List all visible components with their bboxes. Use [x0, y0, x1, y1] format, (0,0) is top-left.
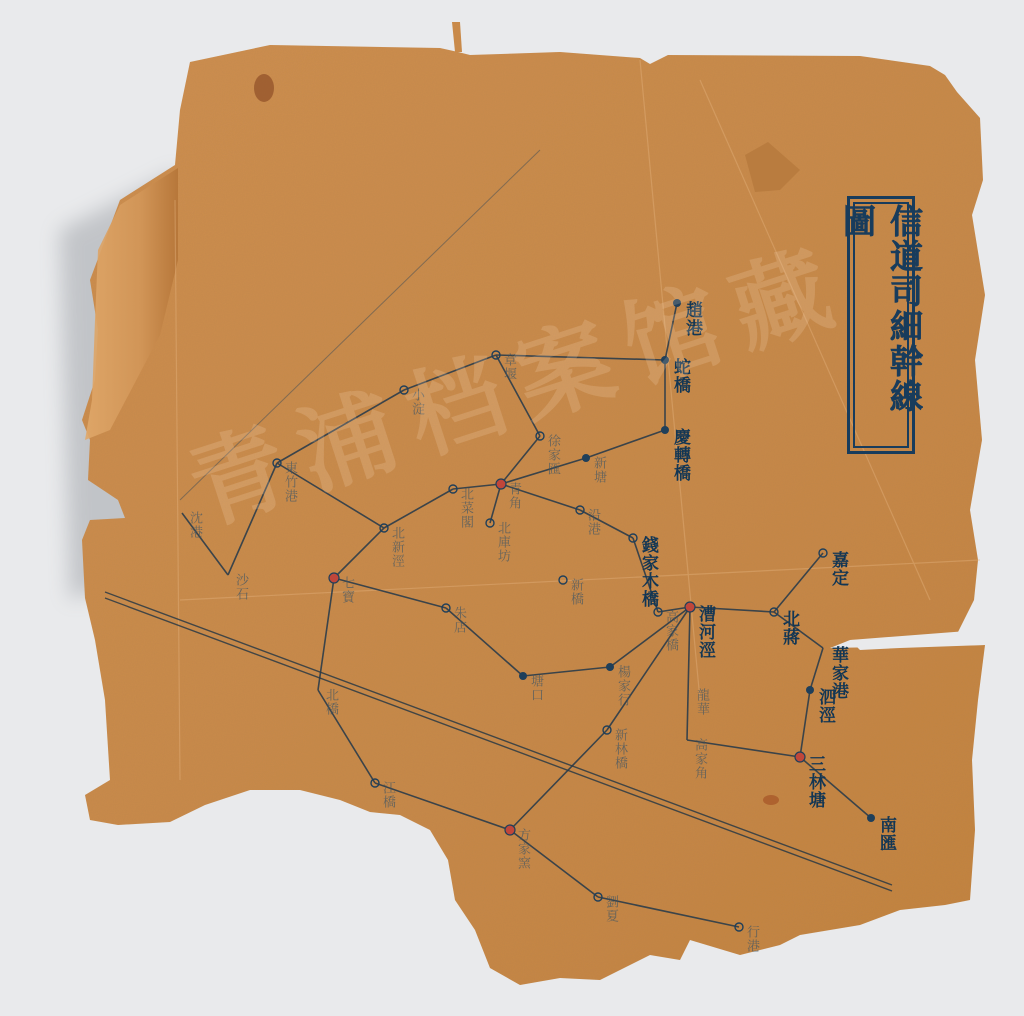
- station-label: 蛇橋: [671, 358, 688, 394]
- station-label: 青角: [507, 482, 520, 510]
- station-node-icon: [505, 825, 515, 835]
- stain: [763, 795, 779, 805]
- station-label: 北菜閣: [459, 487, 472, 529]
- station-label: 高家橋: [664, 610, 677, 652]
- station-label: 北新涇: [390, 526, 403, 568]
- station-node-icon: [661, 426, 669, 434]
- station-label: 龍華: [695, 688, 708, 716]
- stain: [254, 74, 274, 102]
- station-label: 北庫坊: [496, 521, 509, 563]
- station-label: 朱店: [452, 606, 465, 634]
- station-label: 沈港: [188, 511, 201, 539]
- station-label: 新林橋: [613, 728, 626, 770]
- station-node-icon: [519, 672, 527, 680]
- station-label: 塘口: [529, 674, 542, 702]
- title-inner-border: 信道司細幹線圖: [853, 202, 909, 448]
- station-node-icon: [673, 299, 681, 307]
- station-label: 行港: [745, 925, 758, 953]
- station-node-icon: [661, 356, 669, 364]
- station-node-icon: [496, 479, 506, 489]
- station-label: 七寶: [340, 576, 353, 604]
- station-label: 嘉定: [829, 551, 846, 587]
- station-node-icon: [582, 454, 590, 462]
- station-node-icon: [795, 752, 805, 762]
- station-label: 沿港: [586, 508, 599, 536]
- station-label: 劉夏: [604, 895, 617, 923]
- map-stage: 趙港蛇橋慶轉橋章堰小淀徐家匯新塘青角北菜閣沿港北庫坊東竹港沈港北新涇沙石七寶錢家…: [0, 0, 1024, 1016]
- station-node-icon: [685, 602, 695, 612]
- station-label: 漕河涇: [696, 605, 713, 659]
- station-label: 方家窯: [516, 828, 529, 870]
- station-label: 新橋: [569, 578, 582, 606]
- station-label: 沙石: [234, 573, 247, 601]
- station-label: 高家角: [693, 738, 706, 780]
- station-label: 北橋: [324, 688, 337, 716]
- station-label: 新塘: [592, 456, 605, 484]
- station-label: 南匯: [877, 816, 894, 852]
- paper-tab: [452, 22, 462, 52]
- station-label: 慶轉橋: [671, 428, 688, 482]
- station-label: 江橋: [381, 781, 394, 809]
- station-label: 趙港: [683, 301, 700, 337]
- station-label: 小淀: [410, 388, 423, 416]
- station-label: 北蔣: [780, 610, 797, 646]
- station-label: 徐家匯: [546, 434, 559, 476]
- station-node-icon: [867, 814, 875, 822]
- map-title-cartouche: 信道司細幹線圖: [847, 196, 915, 454]
- station-label: 東竹港: [283, 461, 296, 503]
- station-label: 章堰: [502, 353, 515, 381]
- station-node-icon: [806, 686, 814, 694]
- station-label: 錢家木橋: [639, 536, 656, 608]
- paper-sheet: [82, 45, 985, 985]
- station-node-icon: [329, 573, 339, 583]
- station-label: 楊家行: [616, 665, 629, 707]
- map-title: 信道司細幹線圖: [834, 204, 928, 446]
- station-label: 三林塘: [806, 755, 823, 809]
- station-label: 泗涇: [816, 688, 833, 724]
- station-node-icon: [606, 663, 614, 671]
